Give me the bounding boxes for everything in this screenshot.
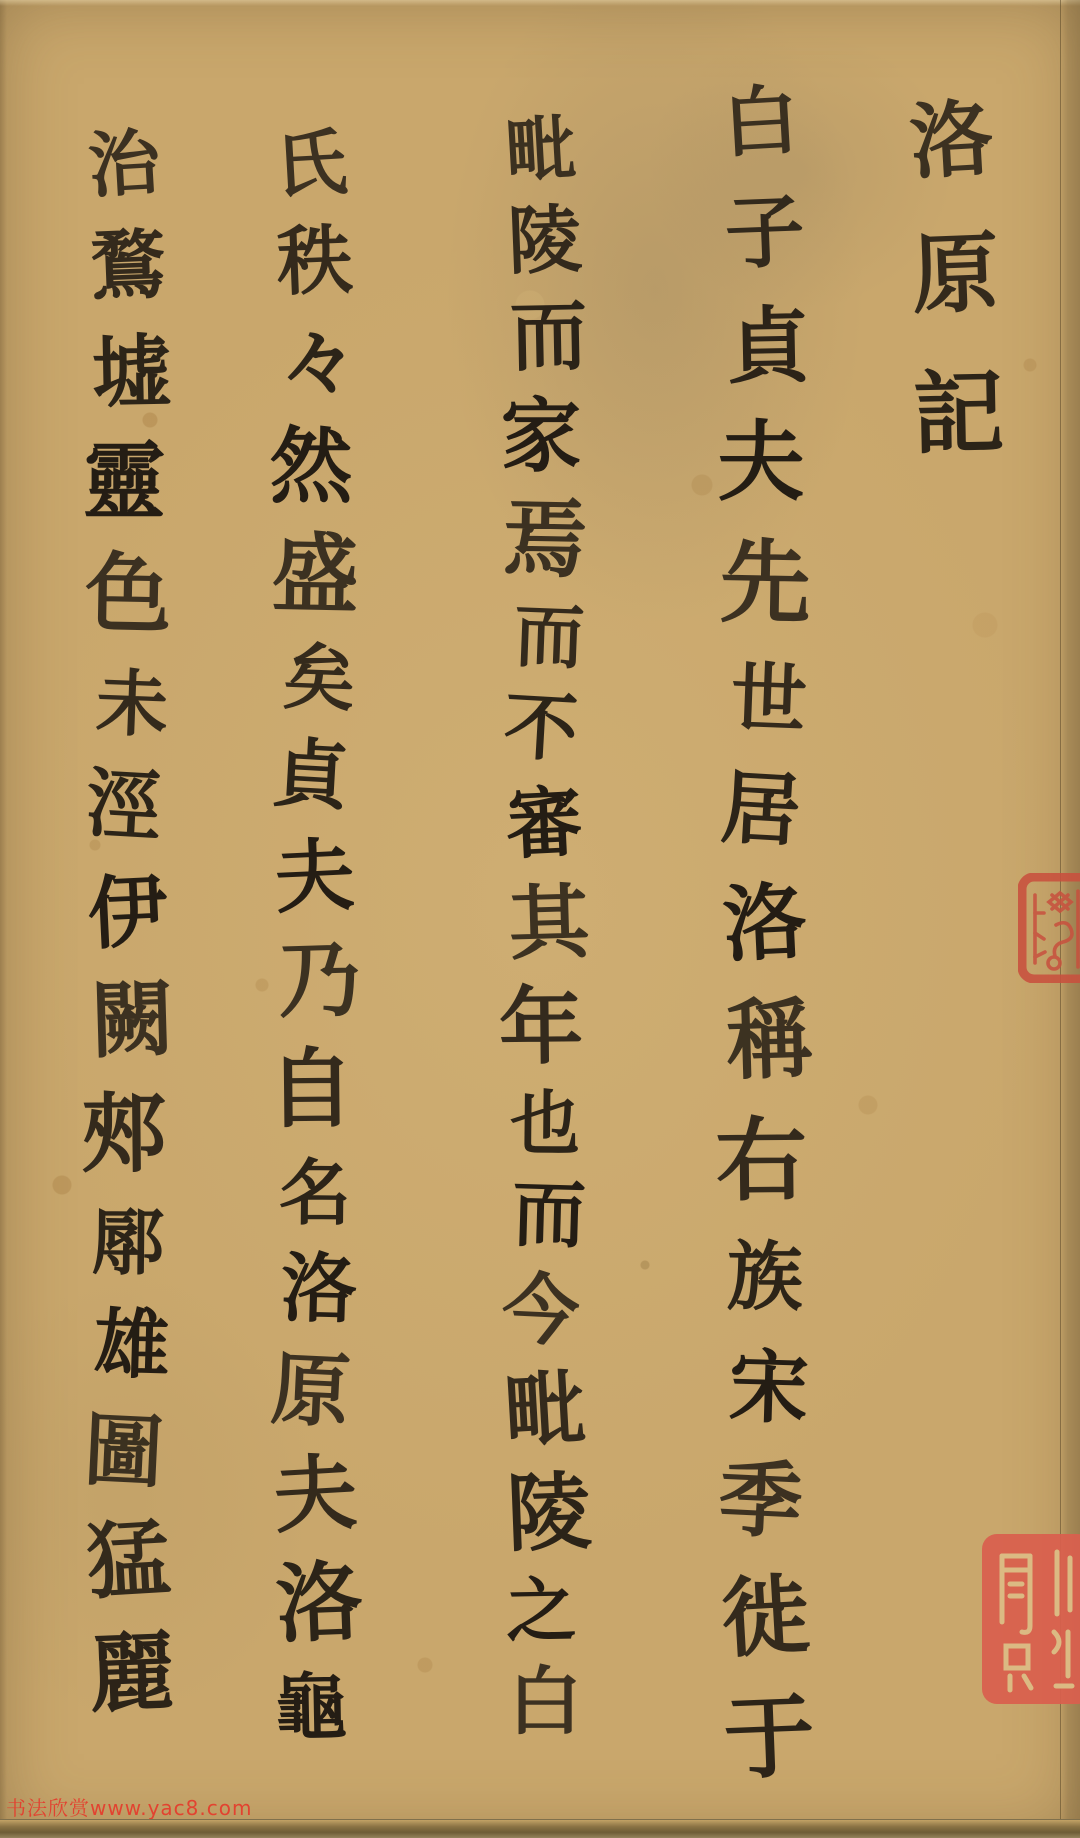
calligraphy-glyph: 矣 [282,641,357,716]
calligraphy-glyph: 洛 [721,880,808,967]
calligraphy-glyph: 貞 [271,736,351,816]
calligraphy-glyph: 右 [715,1116,807,1208]
calligraphy-glyph: 盛 [271,531,359,619]
calligraphy-glyph: 未 [95,666,170,741]
calligraphy-glyph: 貞 [727,304,812,389]
calligraphy-glyph: 季 [717,1457,804,1544]
calligraphy-glyph: 陵 [505,1470,592,1557]
watermark-text: 书法欣赏www.yac8.com [6,1792,252,1821]
manuscript-page: 洛原記 白子貞夫先世居洛稱右族宋季徙于 毗陵而家焉而不審其年也而今毗陵之白 氏秩… [0,0,1080,1838]
calligraphy-glyph: 記 [913,368,1006,461]
calligraphy-glyph: 靈 [83,441,166,524]
calligraphy-glyph: 色 [84,552,172,640]
calligraphy-glyph: 徙 [719,1572,811,1664]
calligraphy-glyph: 伊 [87,871,170,954]
calligraphy-glyph: 白 [508,1666,582,1740]
calligraphy-glyph: 洛 [280,1251,358,1329]
calligraphy-glyph: 麗 [87,1630,177,1720]
calligraphy-glyph: 々 [279,322,360,403]
calligraphy-glyph: 而 [513,601,586,674]
calligraphy-glyph: 猛 [84,1518,171,1605]
calligraphy-glyph: 夫 [274,835,357,918]
calligraphy-glyph: 自 [267,1046,354,1133]
calligraphy-glyph: 洛 [907,98,994,185]
calligraphy-glyph: 之 [505,1575,577,1647]
calligraphy-glyph: 原 [270,1350,353,1433]
calligraphy-glyph: 稱 [724,996,813,1085]
lower-seal-graphic [982,1534,1080,1704]
calligraphy-glyph: 家 [501,397,582,478]
calligraphy-glyph: 圖 [83,1410,166,1493]
calligraphy-column-1: 白子貞夫先世居洛稱右族宋季徙于 [712,85,818,1785]
paper-left-edge [0,0,7,1838]
calligraphy-glyph: 夫 [271,1452,358,1539]
calligraphy-glyph: 秩 [276,222,354,300]
calligraphy-glyph: 而 [510,299,589,378]
calligraphy-glyph: 陵 [507,204,583,280]
calligraphy-glyph: 雄 [93,1307,171,1385]
upper-seal-stamp [1018,873,1080,987]
calligraphy-glyph: 而 [511,1178,587,1254]
calligraphy-glyph: 族 [727,1239,803,1315]
upper-seal-graphic [1018,873,1080,983]
calligraphy-column-2: 毗陵而家焉而不審其年也而今毗陵之白 [495,115,595,1740]
calligraphy-glyph: 今 [501,1271,582,1352]
calligraphy-glyph: 也 [510,1089,581,1160]
calligraphy-glyph: 夫 [718,420,805,507]
calligraphy-glyph: 于 [722,1692,816,1786]
calligraphy-glyph: 龜 [274,1670,347,1743]
calligraphy-glyph: 乃 [276,939,361,1024]
calligraphy-glyph: 世 [730,661,808,739]
calligraphy-glyph: 宋 [728,1347,810,1429]
calligraphy-glyph: 闕 [89,979,174,1064]
calligraphy-glyph: 名 [279,1156,352,1229]
calligraphy-column-4: 治鶩墟靈色未涇伊闕郟鄏雄圖猛麗 [78,128,178,1718]
paper-top-edge [0,0,1080,6]
calligraphy-glyph: 原 [910,231,1000,321]
calligraphy-glyph: 涇 [84,766,164,846]
calligraphy-glyph: 鶩 [89,227,167,305]
calligraphy-glyph: 郟 [80,1092,167,1179]
calligraphy-glyph: 洛 [274,1559,364,1649]
calligraphy-glyph: 不 [502,690,580,768]
calligraphy-glyph: 子 [724,191,806,273]
calligraphy-glyph: 毗 [502,1368,587,1453]
calligraphy-glyph: 鄏 [92,1207,165,1280]
calligraphy-glyph: 其 [507,882,590,965]
calligraphy-glyph: 居 [719,768,803,852]
calligraphy-glyph: 審 [505,784,586,865]
lower-seal-stamp [982,1534,1080,1708]
calligraphy-glyph: 治 [86,126,162,202]
calligraphy-title-column: 洛原記 [900,100,1010,460]
calligraphy-glyph: 氏 [273,126,349,202]
calligraphy-glyph: 墟 [92,332,173,413]
paper-bottom-edge [0,1819,1080,1838]
calligraphy-glyph: 焉 [502,497,588,583]
calligraphy-column-3: 氏秩々然盛矣貞夫乃自名洛原夫洛龜 [265,128,365,1743]
calligraphy-glyph: 年 [498,984,583,1069]
calligraphy-glyph: 然 [270,426,353,509]
calligraphy-glyph: 毗 [504,113,578,187]
calligraphy-glyph: 白 [721,83,801,163]
calligraphy-glyph: 先 [719,538,811,630]
